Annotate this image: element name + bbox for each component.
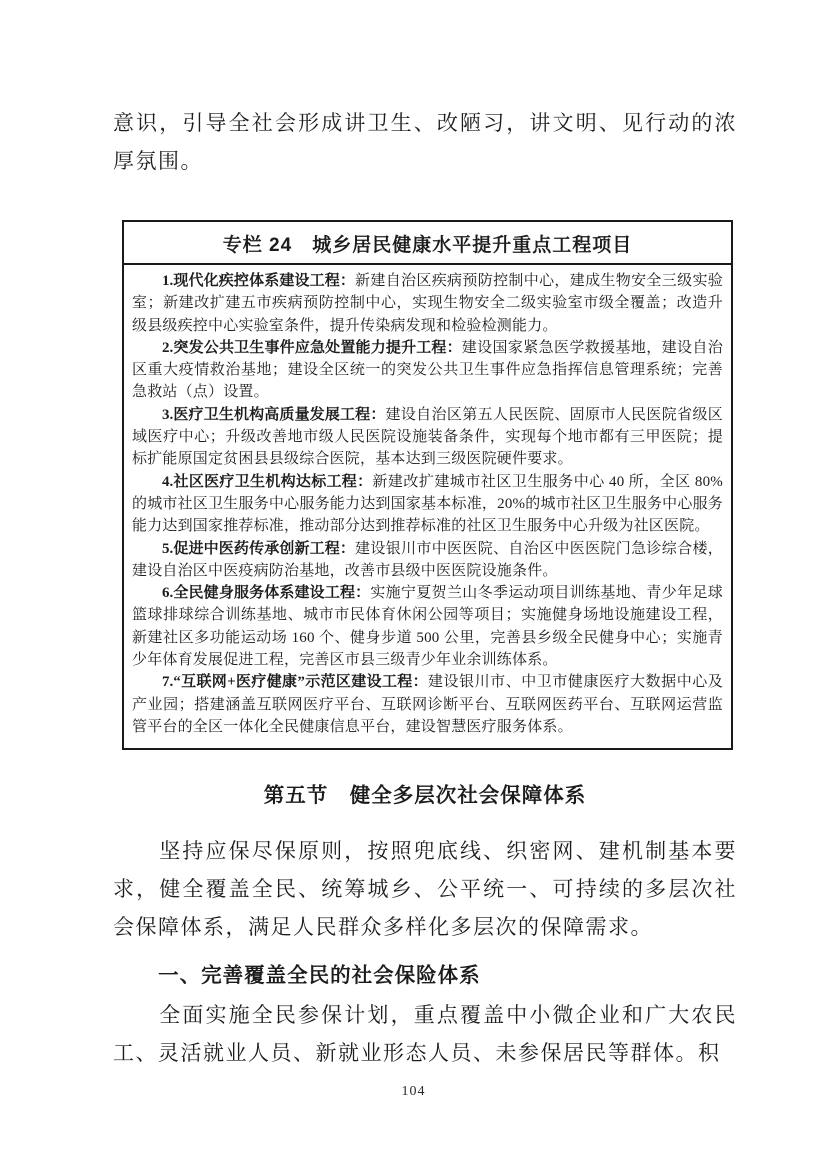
panel-item-2: 2.突发公共卫生事件应急处置能力提升工程：建设国家紧急医学救援基地，建设自治区重… [132,337,723,404]
document-page: 意识，引导全社会形成讲卫生、改陋习，讲文明、见行动的浓厚氛围。 专栏 24 城乡… [0,0,827,1169]
panel-item-6: 6.全民健身服务体系建设工程：实施宁夏贺兰山冬季运动项目训练基地、青少年足球篮球… [132,582,723,671]
panel-item-2-label: 2.突发公共卫生事件应急处置能力提升工程： [162,340,462,356]
intro-paragraph: 意识，引导全社会形成讲卫生、改陋习，讲文明、见行动的浓厚氛围。 [113,104,737,180]
section-heading: 第五节 健全多层次社会保障体系 [113,778,737,808]
panel-item-5: 5.促进中医药传承创新工程：建设银川市中医医院、自治区中医医院门急诊综合楼，建设… [132,538,723,583]
section-lead-paragraph: 坚持应保尽保原则，按照兜底线、织密网、建机制基本要求，健全覆盖全民、统筹城乡、公… [113,832,737,946]
panel-body: 1.现代化疾控体系建设工程：新建自治区疾病预防控制中心，建成生物安全三级实验室；… [124,265,731,748]
panel-item-4: 4.社区医疗卫生机构达标工程：新建改扩建城市社区卫生服务中心 40 所，全区 8… [132,471,723,538]
subsection-paragraph: 全面实施全民参保计划，重点覆盖中小微企业和广大农民工、灵活就业人员、新就业形态人… [113,996,737,1072]
panel-item-3-label: 3.医疗卫生机构高质量发展工程： [162,407,385,423]
panel-item-5-label: 5.促进中医药传承创新工程： [162,541,355,557]
panel-title: 专栏 24 城乡居民健康水平提升重点工程项目 [124,222,731,265]
column-24-panel: 专栏 24 城乡居民健康水平提升重点工程项目 1.现代化疾控体系建设工程：新建自… [122,220,733,750]
panel-item-7: 7.“互联网+医疗健康”示范区建设工程：建设银川市、中卫市健康医疗大数据中心及产… [132,671,723,738]
panel-item-7-label: 7.“互联网+医疗健康”示范区建设工程： [162,674,428,690]
subsection-heading: 一、完善覆盖全民的社会保险体系 [113,956,737,996]
page-number: 104 [0,1084,827,1100]
panel-item-1: 1.现代化疾控体系建设工程：新建自治区疾病预防控制中心，建成生物安全三级实验室；… [132,270,723,337]
panel-item-4-label: 4.社区医疗卫生机构达标工程： [162,474,372,490]
panel-item-1-label: 1.现代化疾控体系建设工程： [162,273,355,289]
panel-item-6-label: 6.全民健身服务体系建设工程： [162,585,370,601]
panel-item-3: 3.医疗卫生机构高质量发展工程：建设自治区第五人民医院、固原市人民医院省级区域医… [132,404,723,471]
